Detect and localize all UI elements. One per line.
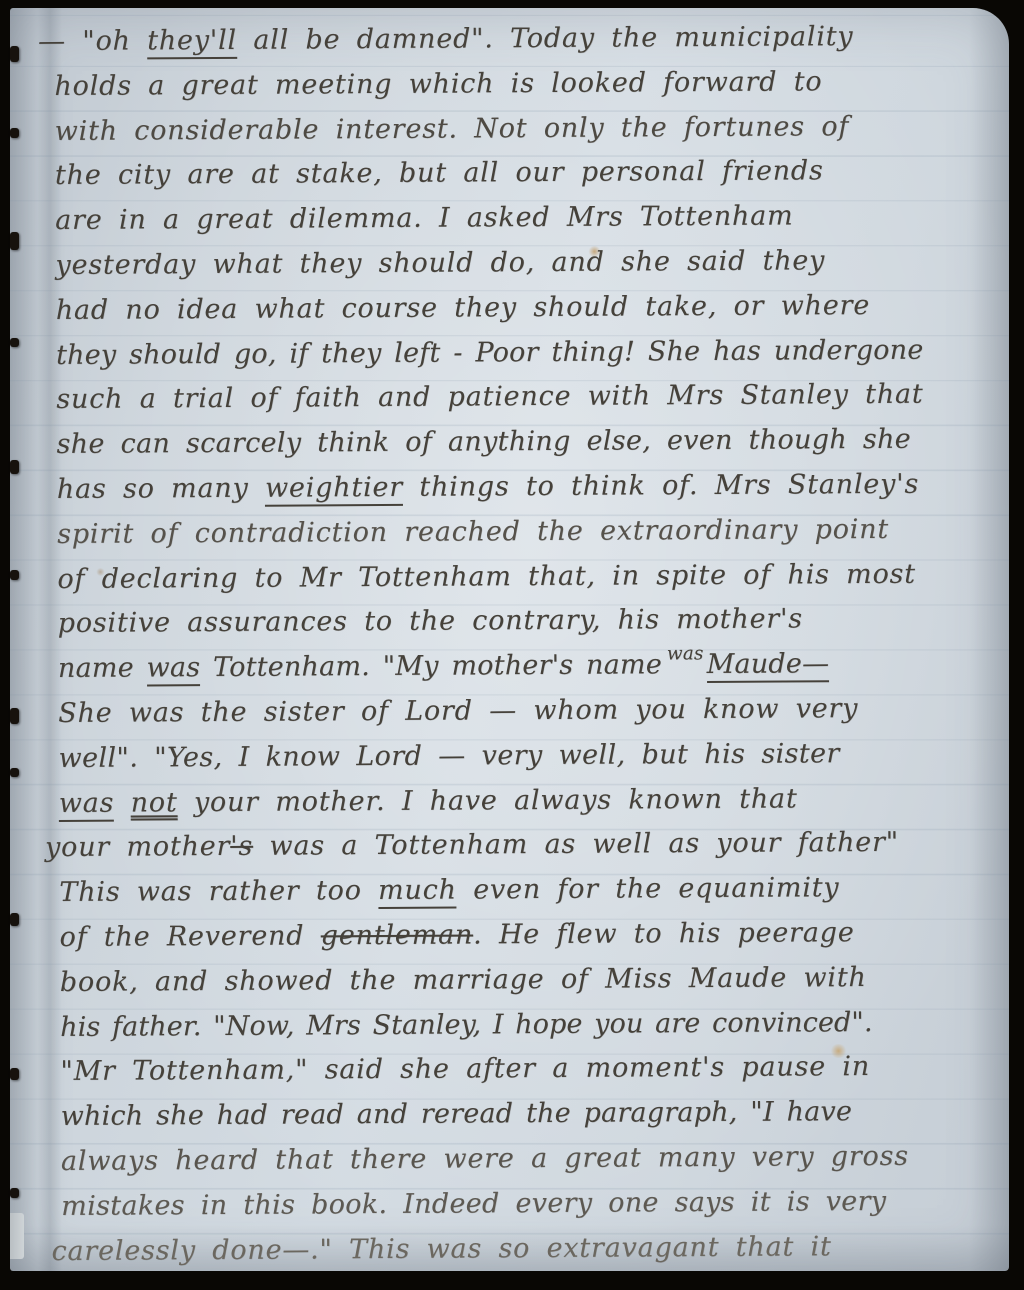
manuscript-line: such a trial of faith and patience with … [56,373,1007,424]
manuscript-line: carelessly done—." This was so extravaga… [51,1224,1012,1275]
manuscript-text-segment: your mother [45,831,230,863]
manuscript-line: "Mr Tottenham," said she after a moment'… [60,1044,1011,1095]
manuscript-text-segment: which she had read and reread the paragr… [61,1096,853,1132]
manuscript-text-segment: carelessly done—." This was so extravaga… [51,1231,831,1267]
manuscript-text-segment: your mother. I have always known that [177,783,797,818]
manuscript-text-segment [114,787,131,818]
manuscript-text-segment: Tottenham. "My mother's name [200,649,662,683]
manuscript-line: with considerable interest. Not only the… [55,104,1006,155]
manuscript-text-segment: "Mr Tottenham," said she after a moment'… [60,1051,870,1087]
manuscript-text-segment: much [378,875,457,909]
manuscript-line: positive assurances to the contrary, his… [58,597,1009,648]
manuscript-text-segment: 's [230,831,253,862]
manuscript-text-segment: gentleman [321,919,474,951]
underlying-page-edge [10,1213,24,1259]
manuscript-text-segment: not [131,787,178,818]
manuscript-text-segment: always heard that there were a great man… [61,1141,909,1177]
manuscript-text-segment: book, and showed the marriage of Miss Ma… [60,962,867,998]
manuscript-line: book, and showed the marriage of Miss Ma… [60,955,1011,1006]
manuscript-text-segment: all be damned". Today the municipality [237,21,854,56]
manuscript-text-segment: well". "Yes, I know Lord — very well, bu… [58,738,839,774]
manuscript-text-segment: mistakes in this book. Indeed every one … [61,1186,886,1222]
manuscript-text-segment: with considerable interest. Not only the… [55,111,850,147]
manuscript-text-segment: was [667,632,704,677]
manuscript-text-segment: She was the sister of Lord — whom you kn… [58,693,858,729]
manuscript-text-segment: she can scarcely think of anything else,… [56,424,911,460]
manuscript-text-segment: of declaring to Mr Tottenham that, in sp… [57,558,916,594]
manuscript-text-segment: has so many [57,473,265,505]
manuscript-line: his father. "Now, Mrs Stanley, I hope yo… [60,1000,1011,1051]
manuscript-line: spirit of contradiction reached the extr… [57,507,1008,558]
manuscript-line: are in a great dilemma. I asked Mrs Tott… [55,193,1006,244]
manuscript-text-segment: was [59,787,115,821]
torn-binding-edge [4,8,30,1271]
manuscript-text-segment: name [58,653,147,685]
manuscript-text-segment: holds a great meeting which is looked fo… [54,66,822,102]
manuscript-line: which she had read and reread the paragr… [61,1089,1012,1140]
manuscript-line: she can scarcely think of anything else,… [56,417,1007,468]
manuscript-line: of declaring to Mr Tottenham that, in sp… [57,552,1008,603]
manuscript-line: She was the sister of Lord — whom you kn… [58,686,1009,737]
manuscript-text-segment: even for the equanimity [457,872,840,905]
manuscript-text-segment: they'll [147,25,237,60]
manuscript-text-segment: are in a great dilemma. I asked Mrs Tott… [55,201,793,237]
manuscript-text-segment: the city are at stake, but all our perso… [55,156,824,192]
manuscript-line: of the Reverend gentleman. He flew to hi… [59,910,1010,961]
manuscript-text-segment: Maude— [707,648,830,683]
manuscript-text-segment: was [147,652,201,686]
manuscript-line: This was rather too much even for the eq… [59,865,1010,916]
manuscript-text-segment: was a Tottenham as well as your father" [253,827,899,862]
manuscript-line: mistakes in this book. Indeed every one … [61,1179,1012,1230]
manuscript-line: has so many weightier things to think of… [57,462,1008,513]
manuscript-line: was not your mother. I have always known… [59,776,1010,827]
manuscript-text-segment: his father. "Now, Mrs Stanley, I hope yo… [60,1007,873,1043]
manuscript-line: your mother's was a Tottenham as well as… [45,821,1010,872]
manuscript-text-segment: — "oh [38,25,147,57]
manuscript-line: always heard that there were a great man… [61,1134,1012,1185]
manuscript-text-segment: weightier [265,472,403,507]
manuscript-text-segment: things to think of. Mrs Stanley's [403,469,919,503]
manuscript-text-segment: had no idea what course they should take… [56,290,870,326]
manuscript-line: had no idea what course they should take… [56,283,1007,334]
manuscript-lines: — "oh they'll all be damned". Today the … [54,14,1013,1271]
manuscript-line: the city are at stake, but all our perso… [55,149,1006,200]
manuscript-line: — "oh they'll all be damned". Today the … [38,14,1005,65]
manuscript-text-segment: they should go, if they left - Poor thin… [56,334,924,370]
manuscript-text-segment: of the Reverend [60,920,321,953]
manuscript-text-segment: . He flew to his peerage [473,917,855,950]
manuscript-line: well". "Yes, I know Lord — very well, bu… [58,731,1009,782]
manuscript-line: name was Tottenham. "My mother's namewas… [58,641,1009,692]
manuscript-line: holds a great meeting which is looked fo… [54,59,1005,110]
manuscript-text-segment: such a trial of faith and patience with … [56,379,923,415]
manuscript-text-segment: This was rather too [59,875,378,908]
manuscript-text-segment: yesterday what they should do, and she s… [55,245,825,281]
manuscript-page-scan: — "oh they'll all be damned". Today the … [10,8,1009,1271]
manuscript-line: yesterday what they should do, and she s… [55,238,1006,289]
manuscript-text-segment: spirit of contradiction reached the extr… [57,514,889,550]
manuscript-line: they should go, if they left - Poor thin… [56,328,1007,379]
